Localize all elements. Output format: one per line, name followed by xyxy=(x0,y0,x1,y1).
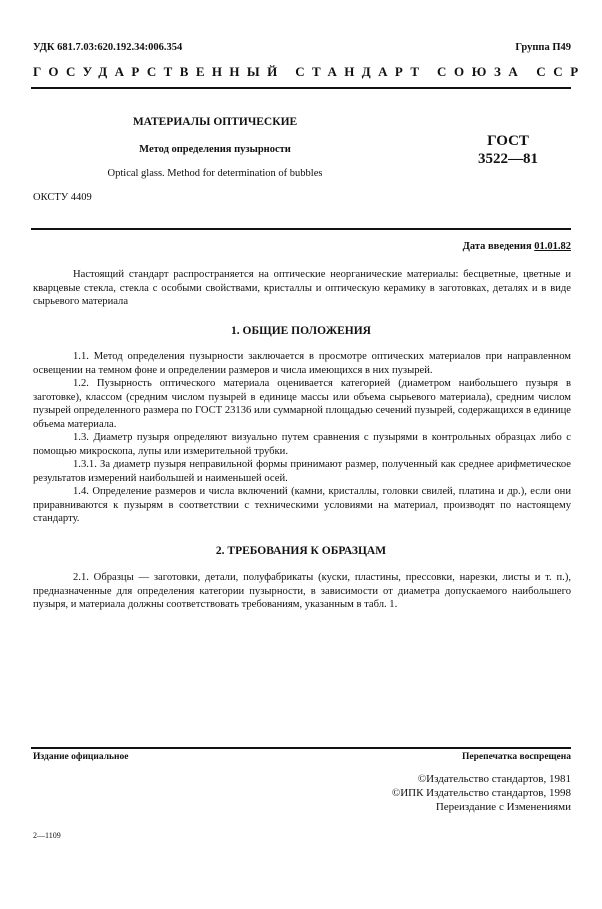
udk-code: УДК 681.7.03:620.192.34:006.354 xyxy=(33,42,182,53)
paragraph-1-3-1: 1.3.1. За диаметр пузыря неправильной фо… xyxy=(33,458,571,485)
top-rule xyxy=(31,87,571,89)
paragraph-1-2: 1.2. Пузырность оптического материала оц… xyxy=(33,377,571,431)
print-signature: 2—1109 xyxy=(33,831,61,840)
official-edition: Издание официальное xyxy=(33,752,129,762)
section-2-body: 2.1. Образцы — заготовки, детали, полуфа… xyxy=(33,571,571,612)
intro-paragraph: Настоящий стандарт распространяется на о… xyxy=(33,268,571,309)
document-subtitle: Метод определения пузырности xyxy=(0,144,430,155)
gost-designation: ГОСТ 3522—81 xyxy=(468,132,548,168)
effective-date-value: 01.01.82 xyxy=(534,241,571,252)
gost-number: 3522—81 xyxy=(468,150,548,168)
group-code: Группа П49 xyxy=(515,42,571,53)
banner-state-standard: ГОСУДАРСТВЕННЫЙ СТАНДАРТ xyxy=(33,64,426,80)
document-title: МАТЕРИАЛЫ ОПТИЧЕСКИЕ xyxy=(0,116,430,128)
footer-rule xyxy=(31,747,571,749)
effective-date: Дата введения 01.01.82 xyxy=(463,241,571,252)
copyright-block: ©Издательство стандартов, 1981 ©ИПК Изда… xyxy=(392,772,571,814)
paragraph-1-4: 1.4. Определение размеров и числа включе… xyxy=(33,485,571,526)
copyright-line: ©ИПК Издательство стандартов, 1998 xyxy=(392,786,571,800)
english-title: Optical glass. Method for determination … xyxy=(0,168,430,179)
section-1-body: 1.1. Метод определения пузырности заключ… xyxy=(33,350,571,526)
section-heading-2: 2. ТРЕБОВАНИЯ К ОБРАЗЦАМ xyxy=(0,545,602,557)
banner-ussr: СОЮЗА ССР xyxy=(437,64,586,80)
title-rule xyxy=(31,228,571,230)
gost-label: ГОСТ xyxy=(468,132,548,150)
paragraph-1-3: 1.3. Диаметр пузыря определяют визуально… xyxy=(33,431,571,458)
intro-text: Настоящий стандарт распространяется на о… xyxy=(33,268,571,309)
reprint-prohibited: Перепечатка воспрещена xyxy=(462,752,571,762)
section-heading-1: 1. ОБЩИЕ ПОЛОЖЕНИЯ xyxy=(0,325,602,337)
paragraph-2-1: 2.1. Образцы — заготовки, детали, полуфа… xyxy=(33,571,571,612)
copyright-line: Переиздание с Изменениями xyxy=(392,800,571,814)
paragraph-1-1: 1.1. Метод определения пузырности заключ… xyxy=(33,350,571,377)
effective-date-label: Дата введения xyxy=(463,241,532,252)
okstu-code: ОКСТУ 4409 xyxy=(33,192,92,203)
copyright-line: ©Издательство стандартов, 1981 xyxy=(392,772,571,786)
